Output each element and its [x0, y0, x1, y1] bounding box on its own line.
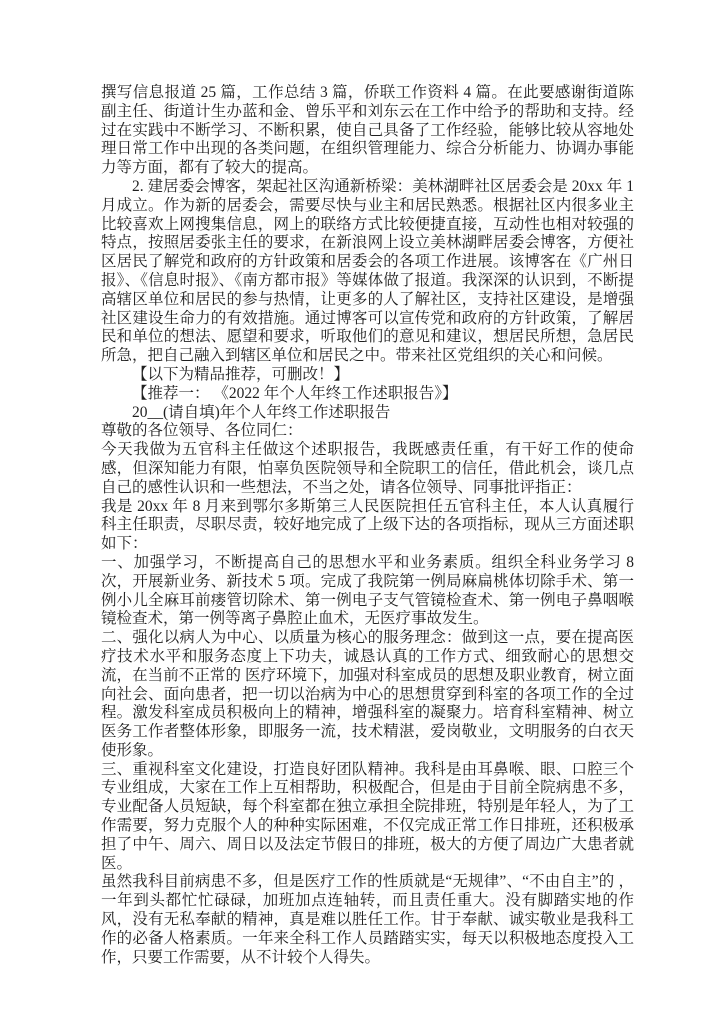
paragraph-committee-blog: 2. 建居委会博客，架起社区沟通新桥梁：美林湖畔社区居委会是 20xx 年 1 …	[101, 178, 634, 366]
paragraph-position-intro: 我是 20xx 年 8 月来到鄂尔多斯第三人民医院担任五官科主任，本人认真履行科…	[101, 498, 634, 554]
paragraph-point-one-study: 一、加强学习，不断提高自己的思想水平和业务素质。组织全科业务学习 8 次，开展新…	[101, 554, 634, 629]
salutation-line: 尊敬的各位领导、各位同仁：	[101, 422, 634, 441]
paragraph-work-summary: 撰写信息报道 25 篇，工作总结 3 篇，侨联工作资料 4 篇。在此要感谢街道陈…	[101, 84, 634, 178]
paragraph-point-two-service: 二、强化以病人为中心、以质量为核心的服务理念：做到这一点，要在提高医疗技术水平和…	[101, 629, 634, 761]
paragraph-dedication: 虽然我科目前病患不多，但是医疗工作的性质就是“无规律”、“不由自主”的 ，一年到…	[101, 873, 634, 967]
document-page: 撰写信息报道 25 篇，工作总结 3 篇，侨联工作资料 4 篇。在此要感谢街道陈…	[0, 0, 720, 1017]
recommendation-one-title: 【推荐一： 《2022 年个人年终工作述职报告》】	[101, 385, 634, 404]
report-title: 20__(请自填)年个人年终工作述职报告	[101, 404, 634, 423]
paragraph-point-three-culture: 三、重视科室文化建设，打造良好团队精神。我科是由耳鼻喉、眼、口腔三个专业组成，大…	[101, 761, 634, 874]
note-premium-recommendation: 【以下为精品推荐，可删改！】	[101, 366, 634, 385]
paragraph-opening: 今天我做为五官科主任做这个述职报告，我既感责任重，有干好工作的使命感，但深知能力…	[101, 441, 634, 497]
